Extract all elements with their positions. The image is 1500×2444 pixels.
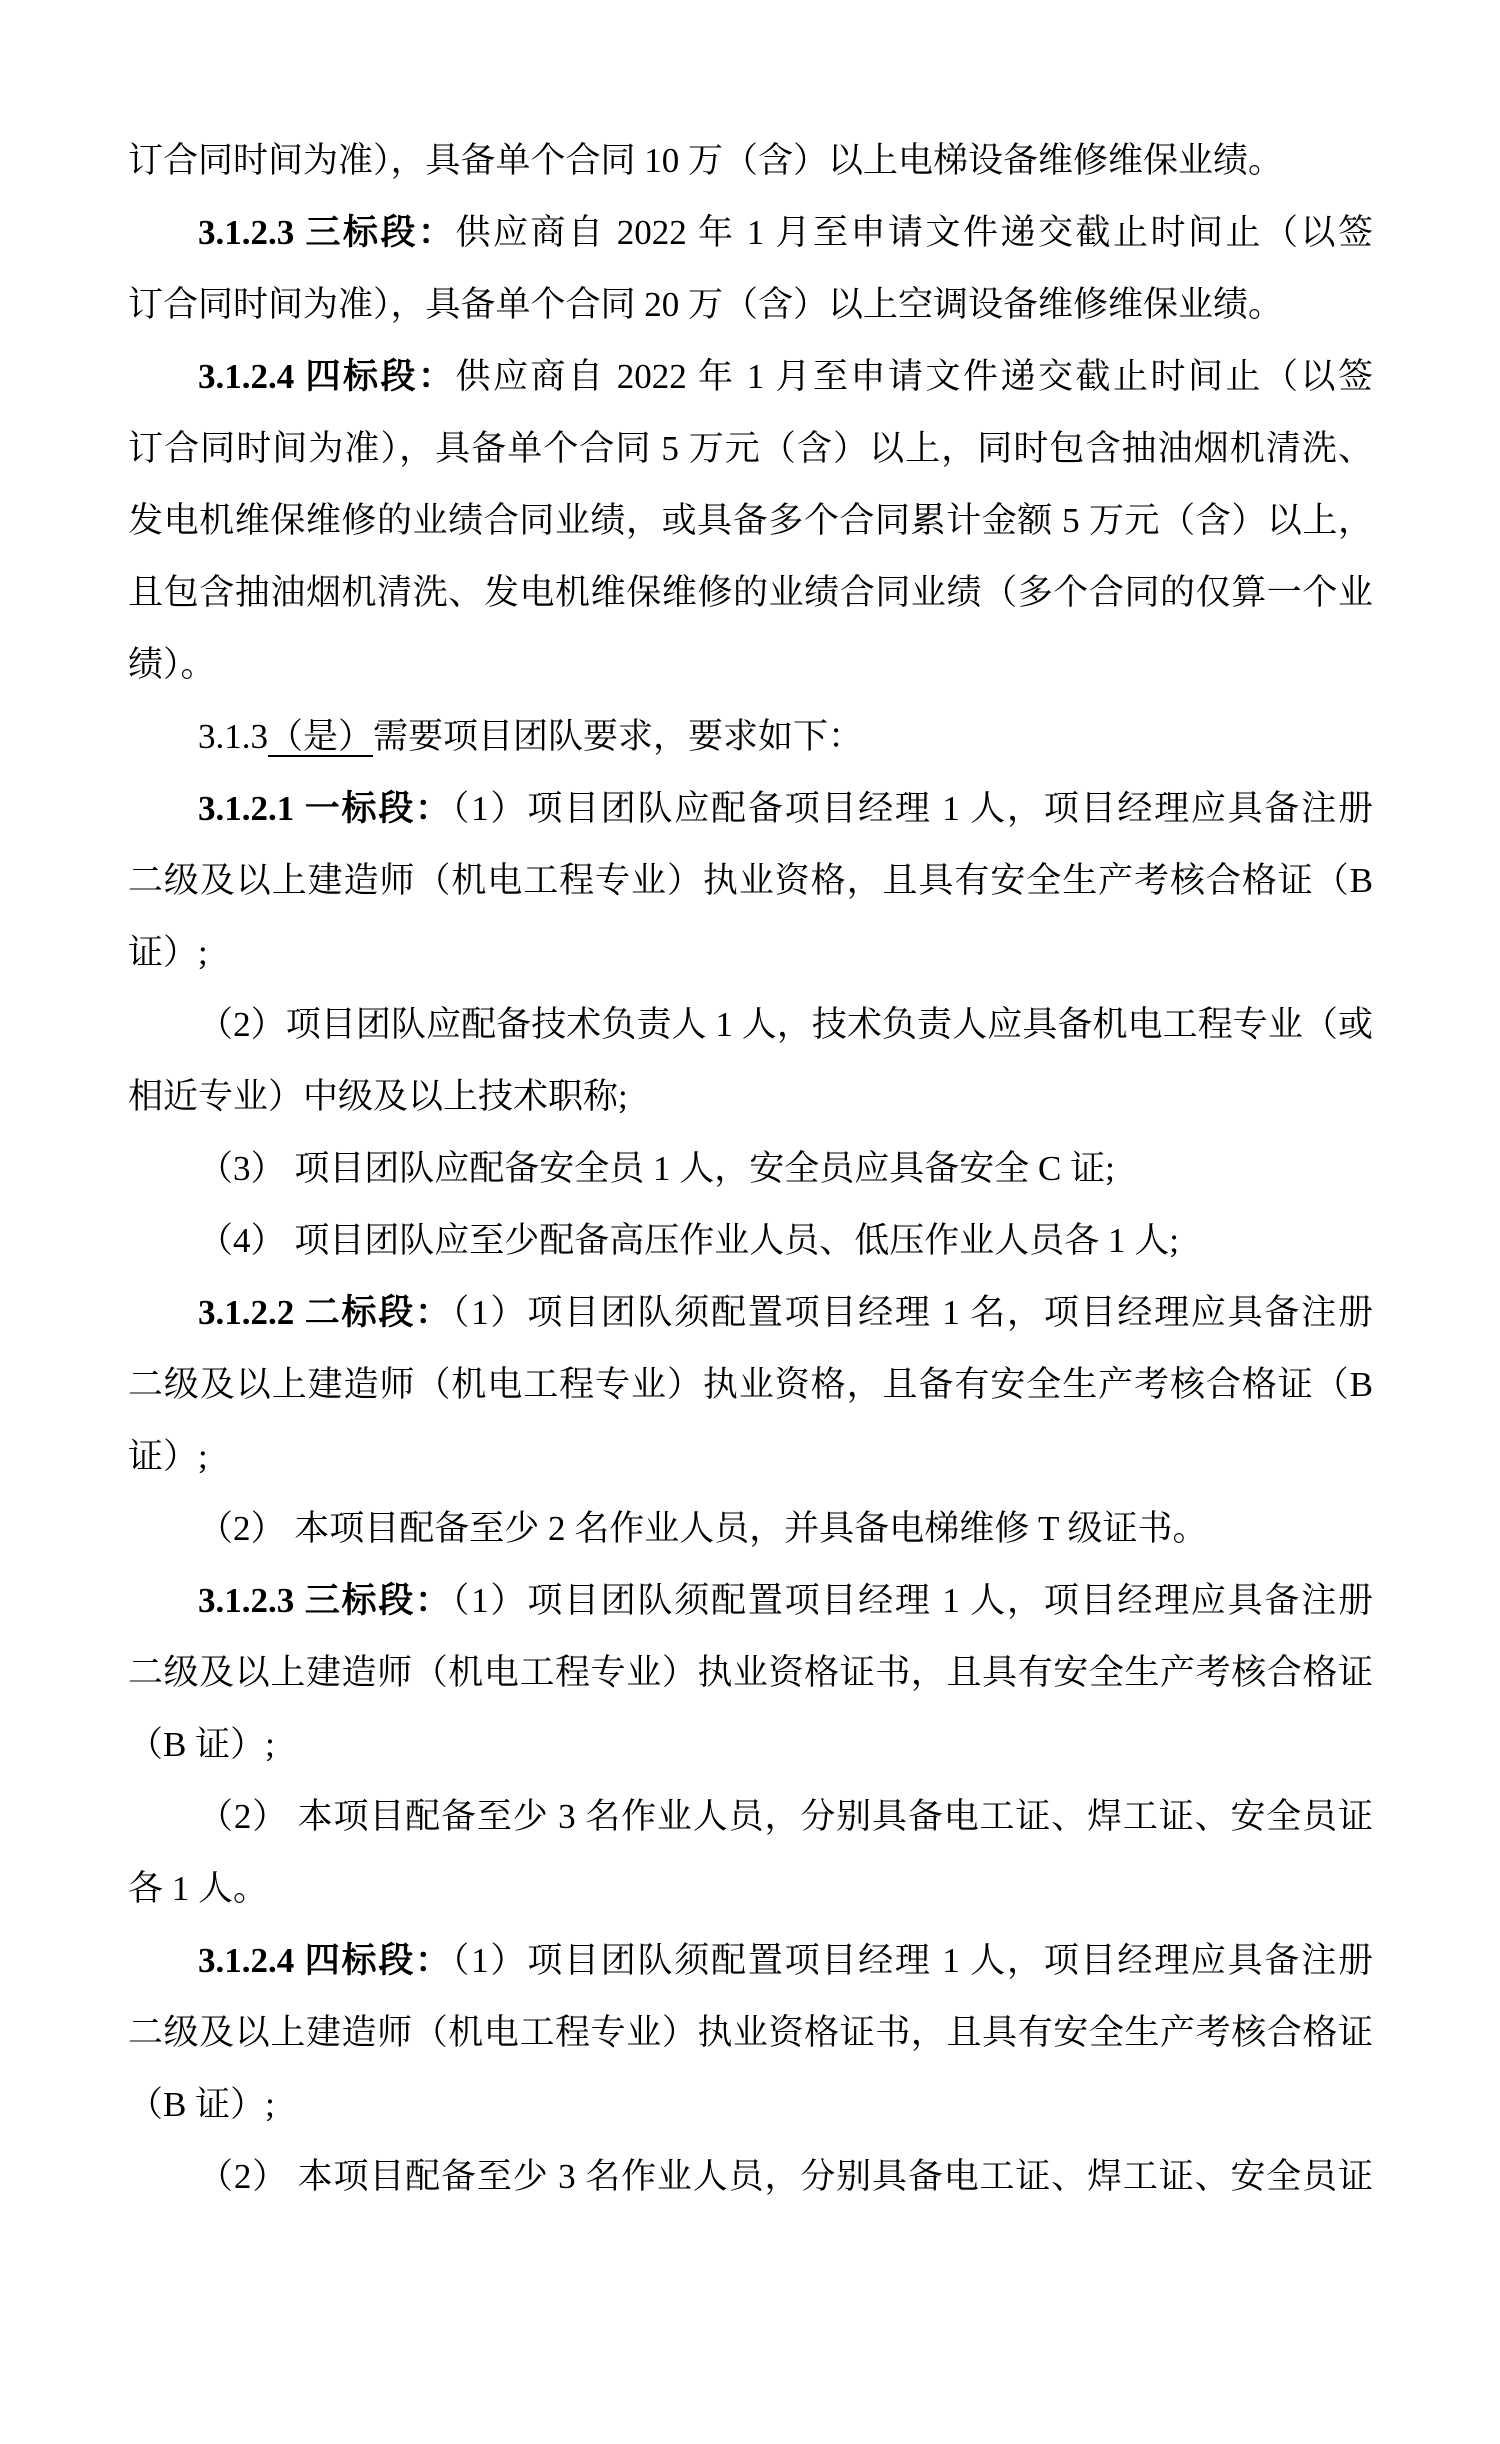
text-line: （2） 本项目配备至少 3 名作业人员，分别具备电工证、焊工证、安全员证 bbox=[128, 1781, 1373, 1853]
section-heading-label: 3.1.2.3 三标段： bbox=[198, 1581, 452, 1620]
text-line: 且包含抽油烟机清洗、发电机维保维修的业绩合同业绩（多个合同的仅算一个业 bbox=[128, 557, 1373, 629]
text-line: （3） 项目团队应配备安全员 1 人，安全员应具备安全 C 证; bbox=[128, 1133, 1373, 1205]
section-heading-label: 3.1.2.4 四标段： bbox=[198, 1941, 452, 1980]
text-run: 二级及以上建造师（机电工程专业）执业资格证书，且具有安全生产考核合格证 bbox=[128, 2013, 1373, 2052]
text-run: 绩）。 bbox=[128, 645, 216, 684]
text-line: （B 证）; bbox=[128, 2069, 1373, 2141]
text-run: 各 1 人。 bbox=[128, 1869, 268, 1908]
text-line: （2） 本项目配备至少 3 名作业人员，分别具备电工证、焊工证、安全员证 bbox=[128, 2141, 1373, 2213]
text-run: （B 证）; bbox=[128, 1725, 275, 1764]
text-run: 二级及以上建造师（机电工程专业）执业资格，且具有安全生产考核合格证（B bbox=[128, 861, 1373, 900]
text-line: 3.1.2.3 三标段：（1）项目团队须配置项目经理 1 人，项目经理应具备注册 bbox=[128, 1565, 1373, 1637]
text-run: （1）项目团队须配置项目经理 1 人，项目经理应具备注册 bbox=[452, 1941, 1373, 1980]
text-run: 发电机维保维修的业绩合同业绩，或具备多个合同累计金额 5 万元（含）以上， bbox=[128, 501, 1373, 540]
text-line: 订合同时间为准），具备单个合同 10 万（含）以上电梯设备维修维保业绩。 bbox=[128, 125, 1373, 197]
text-line: 证）; bbox=[128, 1421, 1373, 1493]
text-line: 3.1.2.1 一标段：（1）项目团队应配备项目经理 1 人，项目经理应具备注册 bbox=[128, 773, 1373, 845]
text-run: 需要项目团队要求，要求如下： bbox=[373, 717, 863, 756]
text-line: （4） 项目团队应至少配备高压作业人员、低压作业人员各 1 人; bbox=[128, 1205, 1373, 1277]
text-run: 证）; bbox=[128, 933, 208, 972]
text-line: （2） 本项目配备至少 2 名作业人员，并具备电梯维修 T 级证书。 bbox=[128, 1493, 1373, 1565]
text-line: （2）项目团队应配备技术负责人 1 人，技术负责人应具备机电工程专业（或 bbox=[128, 989, 1373, 1061]
text-run: 供应商自 2022 年 1 月至申请文件递交截止时间止（以签 bbox=[456, 213, 1373, 252]
text-run: 3.1.3 bbox=[198, 717, 268, 756]
text-line: 发电机维保维修的业绩合同业绩，或具备多个合同累计金额 5 万元（含）以上， bbox=[128, 485, 1373, 557]
text-line: 二级及以上建造师（机电工程专业）执业资格证书，且具有安全生产考核合格证 bbox=[128, 1637, 1373, 1709]
text-line: 3.1.2.4 四标段：供应商自 2022 年 1 月至申请文件递交截止时间止（… bbox=[128, 341, 1373, 413]
text-line: 相近专业）中级及以上技术职称; bbox=[128, 1061, 1373, 1133]
text-run: 二级及以上建造师（机电工程专业）执业资格证书，且具有安全生产考核合格证 bbox=[128, 1653, 1373, 1692]
underlined-choice: （是） bbox=[268, 717, 373, 756]
text-line: 证）; bbox=[128, 917, 1373, 989]
text-line: 二级及以上建造师（机电工程专业）执业资格，且具有安全生产考核合格证（B bbox=[128, 845, 1373, 917]
text-run: （1）项目团队须配置项目经理 1 人，项目经理应具备注册 bbox=[452, 1581, 1373, 1620]
text-run: 证）; bbox=[128, 1437, 208, 1476]
section-heading-label: 3.1.2.3 三标段： bbox=[198, 213, 456, 252]
text-run: 订合同时间为准），具备单个合同 5 万元（含）以上，同时包含抽油烟机清洗、 bbox=[128, 429, 1373, 468]
section-heading-label: 3.1.2.1 一标段： bbox=[198, 789, 452, 828]
text-line: 二级及以上建造师（机电工程专业）执业资格，且备有安全生产考核合格证（B bbox=[128, 1349, 1373, 1421]
text-run: （1）项目团队须配置项目经理 1 名，项目经理应具备注册 bbox=[452, 1293, 1373, 1332]
text-run: 相近专业）中级及以上技术职称; bbox=[128, 1077, 628, 1116]
document-text-block: 订合同时间为准），具备单个合同 10 万（含）以上电梯设备维修维保业绩。3.1.… bbox=[128, 125, 1373, 2213]
text-line: 订合同时间为准），具备单个合同 20 万（含）以上空调设备维修维保业绩。 bbox=[128, 269, 1373, 341]
document-page: 订合同时间为准），具备单个合同 10 万（含）以上电梯设备维修维保业绩。3.1.… bbox=[0, 0, 1500, 2444]
section-heading-label: 3.1.2.2 二标段： bbox=[198, 1293, 452, 1332]
text-line: 3.1.2.2 二标段：（1）项目团队须配置项目经理 1 名，项目经理应具备注册 bbox=[128, 1277, 1373, 1349]
text-line: 订合同时间为准），具备单个合同 5 万元（含）以上，同时包含抽油烟机清洗、 bbox=[128, 413, 1373, 485]
text-run: 订合同时间为准），具备单个合同 10 万（含）以上电梯设备维修维保业绩。 bbox=[128, 141, 1283, 180]
text-line: （B 证）; bbox=[128, 1709, 1373, 1781]
text-line: 各 1 人。 bbox=[128, 1853, 1373, 1925]
text-line: 3.1.2.3 三标段：供应商自 2022 年 1 月至申请文件递交截止时间止（… bbox=[128, 197, 1373, 269]
text-run: （4） 项目团队应至少配备高压作业人员、低压作业人员各 1 人; bbox=[198, 1221, 1179, 1260]
text-run: （3） 项目团队应配备安全员 1 人，安全员应具备安全 C 证; bbox=[198, 1149, 1115, 1188]
section-heading-label: 3.1.2.4 四标段： bbox=[198, 357, 456, 396]
text-line: 绩）。 bbox=[128, 629, 1373, 701]
text-line: 3.1.2.4 四标段：（1）项目团队须配置项目经理 1 人，项目经理应具备注册 bbox=[128, 1925, 1373, 1997]
text-run: （2） 本项目配备至少 2 名作业人员，并具备电梯维修 T 级证书。 bbox=[198, 1509, 1208, 1548]
text-run: （B 证）; bbox=[128, 2085, 275, 2124]
text-line: 3.1.3（是）需要项目团队要求，要求如下： bbox=[128, 701, 1373, 773]
text-run: （2）项目团队应配备技术负责人 1 人，技术负责人应具备机电工程专业（或 bbox=[198, 1005, 1373, 1044]
text-run: 二级及以上建造师（机电工程专业）执业资格，且备有安全生产考核合格证（B bbox=[128, 1365, 1373, 1404]
text-run: （2） 本项目配备至少 3 名作业人员，分别具备电工证、焊工证、安全员证 bbox=[198, 1797, 1373, 1836]
text-run: 订合同时间为准），具备单个合同 20 万（含）以上空调设备维修维保业绩。 bbox=[128, 285, 1283, 324]
text-line: 二级及以上建造师（机电工程专业）执业资格证书，且具有安全生产考核合格证 bbox=[128, 1997, 1373, 2069]
text-run: 且包含抽油烟机清洗、发电机维保维修的业绩合同业绩（多个合同的仅算一个业 bbox=[128, 573, 1373, 612]
text-run: （1）项目团队应配备项目经理 1 人，项目经理应具备注册 bbox=[452, 789, 1373, 828]
text-run: （2） 本项目配备至少 3 名作业人员，分别具备电工证、焊工证、安全员证 bbox=[198, 2157, 1373, 2196]
text-run: 供应商自 2022 年 1 月至申请文件递交截止时间止（以签 bbox=[456, 357, 1373, 396]
